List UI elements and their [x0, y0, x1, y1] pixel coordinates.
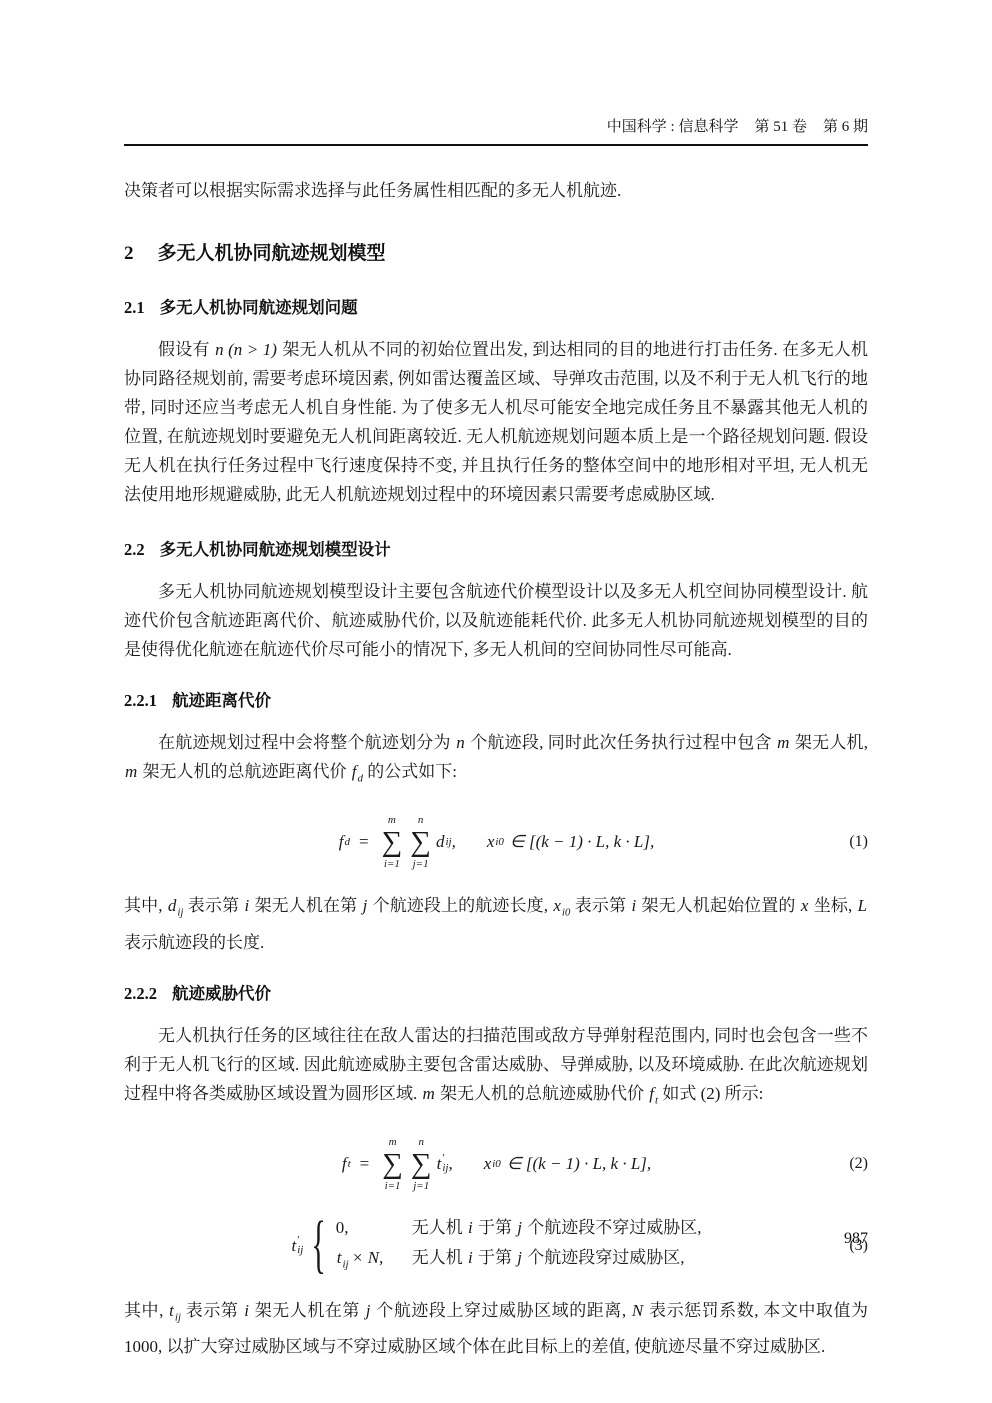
text-run: 架无人机,	[790, 733, 868, 752]
math-var: N,	[367, 1248, 385, 1267]
journal-volume: 第 51 卷	[754, 119, 807, 135]
text-run: 架无人机在第	[250, 1301, 365, 1320]
math-var: j	[516, 1248, 523, 1267]
math-sub: i0	[495, 836, 504, 848]
equation-1-body: fd=m∑i=1n∑j=1dij,xi0∈ [(k − 1) · L, k · …	[338, 814, 655, 870]
journal-header: 中国科学 : 信息科学第 51 卷第 6 期	[124, 118, 868, 136]
math-var: N	[631, 1301, 644, 1320]
section-2-2-title: 多无人机协同航迹规划模型设计	[160, 541, 391, 559]
equation-number: (1)	[849, 833, 868, 851]
math-var: x	[486, 832, 496, 852]
section-2-2-1-heading: 2.2.1航迹距离代价	[124, 690, 868, 712]
equation-2-body: ft=m∑i=1n∑j=1t′ij,xi0∈ [(k − 1) · L, k ·…	[341, 1136, 651, 1192]
section-2-1-number: 2.1	[124, 298, 145, 317]
text-run: 表示第	[183, 896, 243, 915]
math-var: i	[243, 1301, 250, 1320]
equation-1-explanation: 其中, dij 表示第 i 架无人机在第 j 个航迹段上的航迹长度, xi0 表…	[124, 891, 868, 956]
section-2-2-paragraph: 多无人机协同航迹规划模型设计主要包含航迹代价模型设计以及多无人机空间协同模型设计…	[124, 577, 868, 664]
equation-1: fd=m∑i=1n∑j=1dij,xi0∈ [(k − 1) · L, k · …	[124, 809, 868, 875]
math-var: m	[422, 1084, 436, 1103]
case-condition: 无人机 i 于第 j 个航迹段穿过威胁区,	[412, 1248, 685, 1267]
math-var: f	[351, 762, 358, 781]
sigma-icon: ∑	[410, 826, 431, 858]
text-run: 如式 (2) 所示:	[658, 1084, 763, 1103]
equation-2: ft=m∑i=1n∑j=1t′ij,xi0∈ [(k − 1) · L, k ·…	[124, 1131, 868, 1197]
math-var: t	[168, 1301, 175, 1320]
math-var: n (n > 1)	[214, 340, 278, 359]
section-2-2-2-title: 航迹威胁代价	[172, 985, 271, 1003]
paper-page: 中国科学 : 信息科学第 51 卷第 6 期 决策者可以根据实际需求选择与此任务…	[0, 0, 992, 1403]
equation-3-body: t′ij{ 0,无人机 i 于第 j 个航迹段不穿过威胁区, tij × N,无…	[291, 1213, 702, 1279]
case-row: tij × N,无人机 i 于第 j 个航迹段穿过威胁区,	[336, 1243, 702, 1279]
sum-upper-limit: n	[418, 814, 424, 826]
section-2-heading: 2多无人机协同航迹规划模型	[124, 241, 868, 267]
summation: m∑i=1	[382, 814, 403, 870]
math-var: d	[435, 832, 446, 852]
times-operator: ×	[349, 1248, 367, 1267]
case-value: tij × N,	[336, 1243, 412, 1279]
text-run: 坐标,	[809, 896, 856, 915]
math-var: t	[336, 1248, 343, 1267]
math-sub: t	[348, 1158, 351, 1170]
text-run: 个航迹段不穿过威胁区,	[523, 1218, 702, 1237]
section-2-2-2-number: 2.2.2	[124, 984, 157, 1003]
text-run: 个航迹段上穿过威胁区域的距离,	[371, 1301, 630, 1320]
header-rule	[124, 144, 868, 146]
text-run: 个航迹段穿过威胁区,	[523, 1248, 685, 1267]
section-2-2-number: 2.2	[124, 540, 145, 559]
page-number: 987	[844, 1230, 868, 1248]
section-2-2-1-title: 航迹距离代价	[172, 692, 271, 710]
text-run: 架无人机的总航迹威胁代价	[436, 1084, 649, 1103]
section-2-2-1-paragraph: 在航迹规划过程中会将整个航迹划分为 n 个航迹段, 同时此次任务执行过程中包含 …	[124, 728, 868, 793]
math-var: f	[338, 832, 345, 852]
math-var: m	[776, 733, 790, 752]
equals-sign: =	[360, 1154, 370, 1174]
sum-upper-limit: n	[419, 1136, 425, 1148]
text-run: 在航迹规划过程中会将整个航迹划分为	[158, 733, 455, 752]
math-var: t	[436, 1154, 443, 1174]
punctuation: ,	[452, 832, 456, 852]
journal-name: 中国科学 : 信息科学	[607, 119, 739, 135]
text-run: 的公式如下:	[363, 762, 457, 781]
section-2-1-paragraph: 假设有 n (n > 1) 架无人机从不同的初始位置出发, 到达相同的目的地进行…	[124, 335, 868, 509]
summation: n∑j=1	[410, 814, 431, 870]
sum-lower-limit: j=1	[413, 1180, 429, 1192]
section-2-1-title: 多无人机协同航迹规划问题	[160, 299, 358, 317]
math-var: x	[552, 896, 562, 915]
math-supsub: ′ij	[297, 1236, 303, 1256]
sigma-icon: ∑	[382, 826, 403, 858]
text-run: 架无人机从不同的初始位置出发, 到达相同的目的地进行打击任务. 在多无人机协同路…	[124, 340, 868, 504]
summation: n∑j=1	[411, 1136, 432, 1192]
math-var: i	[467, 1218, 474, 1237]
sum-lower-limit: j=1	[413, 858, 429, 870]
section-2-number: 2	[124, 243, 134, 264]
math-var: n	[455, 733, 466, 752]
math-var: m	[124, 762, 138, 781]
summation: m∑i=1	[382, 1136, 403, 1192]
math-sub: d	[344, 836, 350, 848]
math-var: x	[483, 1154, 493, 1174]
text-run: 架无人机的总航迹距离代价	[138, 762, 351, 781]
math-var: j	[516, 1218, 523, 1237]
case-row: 0,无人机 i 于第 j 个航迹段不穿过威胁区,	[336, 1213, 702, 1243]
text-run: 无人机	[412, 1248, 467, 1267]
text-run: 其中,	[124, 896, 167, 915]
left-brace: {	[311, 1210, 325, 1283]
text-run: 于第	[474, 1218, 517, 1237]
text-run: 架无人机在第	[250, 896, 361, 915]
math-sub: ij	[297, 1245, 303, 1256]
math-var: f	[648, 1084, 655, 1103]
math-sub: i0	[492, 1158, 501, 1170]
sum-lower-limit: i=1	[385, 1180, 401, 1192]
math-var: i	[467, 1248, 474, 1267]
math-var: d	[167, 896, 178, 915]
text-run: 架无人机起始位置的	[637, 896, 800, 915]
sigma-icon: ∑	[411, 1148, 432, 1180]
sum-upper-limit: m	[389, 1136, 397, 1148]
equation-3: t′ij{ 0,无人机 i 于第 j 个航迹段不穿过威胁区, tij × N,无…	[124, 1213, 868, 1279]
math-var: t	[291, 1236, 298, 1256]
text-run: 表示第	[181, 1301, 243, 1320]
math-var: f	[341, 1154, 348, 1174]
section-2-2-heading: 2.2多无人机协同航迹规划模型设计	[124, 539, 868, 561]
sum-upper-limit: m	[388, 814, 396, 826]
text-run: 无人机	[412, 1218, 467, 1237]
case-condition: 无人机 i 于第 j 个航迹段不穿过威胁区,	[412, 1218, 702, 1237]
text-run: 表示航迹段的长度.	[124, 933, 264, 952]
section-2-2-2-paragraph: 无人机执行任务的区域往往在敌人雷达的扫描范围或敌方导弹射程范围内, 同时也会包含…	[124, 1021, 868, 1115]
intro-paragraph: 决策者可以根据实际需求选择与此任务属性相匹配的多无人机航迹.	[124, 176, 868, 205]
text-run: 于第	[474, 1248, 517, 1267]
equals-sign: =	[359, 832, 369, 852]
text-run: 个航迹段上的航迹长度,	[368, 896, 552, 915]
journal-issue: 第 6 期	[823, 119, 868, 135]
section-2-2-1-number: 2.2.1	[124, 691, 157, 710]
math-var: x	[800, 896, 810, 915]
punctuation: ,	[448, 1154, 452, 1174]
section-2-2-2-heading: 2.2.2航迹威胁代价	[124, 983, 868, 1005]
sum-lower-limit: i=1	[384, 858, 400, 870]
section-2-1-heading: 2.1多无人机协同航迹规划问题	[124, 297, 868, 319]
math-var: L	[857, 896, 868, 915]
text-run: 其中,	[124, 1301, 168, 1320]
cases-block: 0,无人机 i 于第 j 个航迹段不穿过威胁区, tij × N,无人机 i 于…	[336, 1213, 702, 1279]
text-run: 表示第	[570, 896, 630, 915]
text-run: 个航迹段, 同时此次任务执行过程中包含	[466, 733, 776, 752]
math-expression: ∈ [(k − 1) · L, k · L],	[510, 832, 654, 852]
equation-3-explanation: 其中, tij 表示第 i 架无人机在第 j 个航迹段上穿过威胁区域的距离, N…	[124, 1296, 868, 1361]
math-expression: ∈ [(k − 1) · L, k · L],	[507, 1154, 651, 1174]
sigma-icon: ∑	[382, 1148, 403, 1180]
equation-number: (2)	[849, 1155, 868, 1173]
section-2-title: 多无人机协同航迹规划模型	[158, 243, 386, 264]
text-run: 假设有	[158, 340, 214, 359]
case-value: 0,	[336, 1213, 412, 1243]
